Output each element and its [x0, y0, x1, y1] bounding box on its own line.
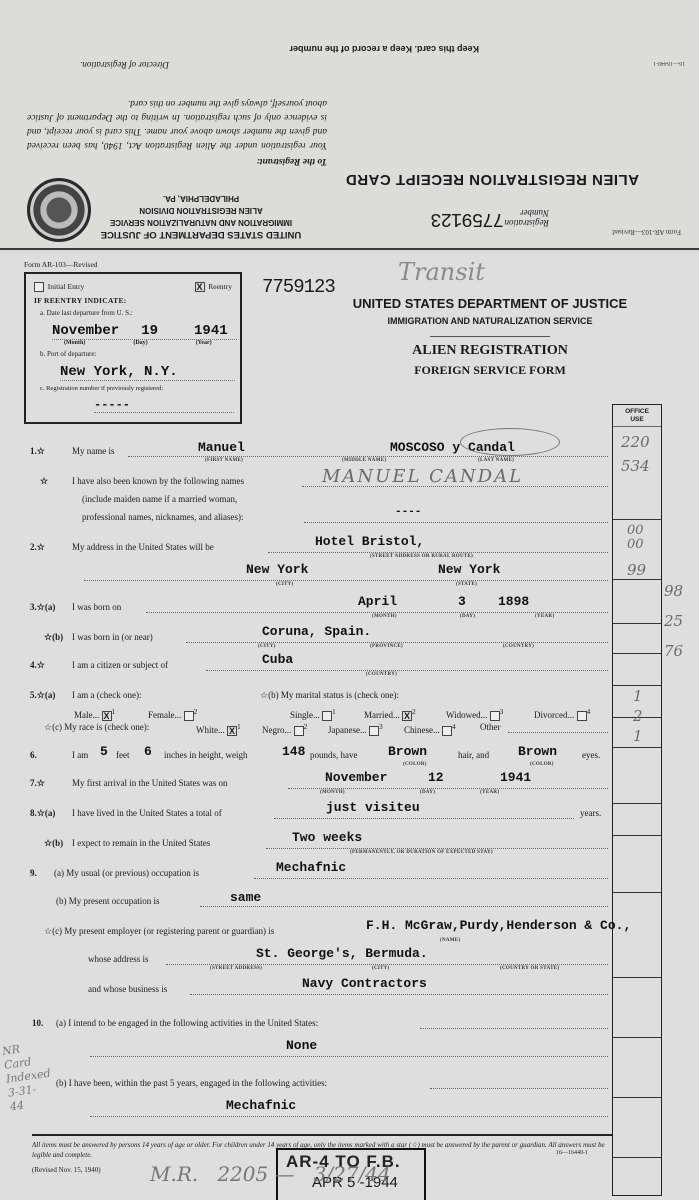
q9-number: 9. — [30, 868, 37, 878]
q10b-value-line — [90, 1116, 608, 1117]
q5a-number: 5.☆(a) — [30, 690, 55, 701]
q5a-label: I am a (check one): — [72, 690, 141, 700]
office-value: 00 — [627, 537, 644, 552]
office-divider — [613, 803, 661, 804]
header-divider — [430, 336, 550, 337]
color-caption: (COLOR) — [530, 762, 554, 767]
receipt-print-code: 16—16440-1 — [653, 60, 685, 66]
sup: 4 — [452, 722, 456, 731]
departure-year: 1941 — [194, 323, 228, 339]
japanese-checkbox[interactable] — [369, 726, 379, 736]
first-name-value[interactable]: Manuel — [198, 440, 245, 455]
race-option-white[interactable]: White... X1 — [196, 722, 241, 736]
negro-label: Negro — [262, 725, 285, 735]
prev-reg-field[interactable]: ----- — [94, 398, 234, 413]
bottom-handwritten-note: M.R. 2205 — 3/27/44 — [150, 1162, 391, 1186]
name-caption: (NAME) — [440, 938, 460, 943]
q8a-line — [274, 818, 574, 819]
year-caption: (Year) — [196, 340, 212, 346]
q3b-line — [186, 642, 608, 643]
sup: 4 — [587, 707, 591, 716]
q8a-label: I have lived in the United States a tota… — [72, 808, 222, 818]
employer-business-label: and whose business is — [88, 984, 167, 994]
stay-caption: (PERMANENTLY, OR DURATION OF EXPECTED ST… — [350, 850, 493, 855]
print-code: 16—16440-1 — [556, 1150, 588, 1156]
office-divider — [613, 653, 661, 654]
q4-line — [206, 670, 608, 671]
form-subtitle: FOREIGN SERVICE FORM — [340, 363, 640, 378]
sup: 1 — [237, 722, 241, 731]
q10-number: 10. — [32, 1018, 43, 1028]
q9b-line — [200, 906, 608, 907]
office-divider — [613, 519, 661, 520]
form-header: UNITED STATES DEPARTMENT OF JUSTICE IMMI… — [340, 296, 640, 378]
aka-line-2 — [304, 522, 608, 523]
employer-address-value[interactable]: St. George's, Bermuda. — [256, 946, 428, 961]
reentry-label: Reentry — [208, 282, 232, 291]
year-caption: (YEAR) — [535, 614, 554, 619]
margin-office-value: 25 — [664, 612, 683, 630]
first-name-caption: (FIRST NAME) — [205, 458, 243, 463]
height-feet-value[interactable]: 5 — [100, 744, 108, 759]
race-other-label: Other — [480, 722, 501, 732]
middle-name-caption: (MIDDLE NAME) — [342, 458, 386, 463]
employer-address-line — [166, 964, 608, 965]
office-divider — [613, 747, 661, 748]
q6-text: feet — [116, 750, 130, 760]
q10a-label: (a) I intend to be engaged in the follow… — [56, 1018, 318, 1028]
receipt-service: IMMIGRATION AND NATURALIZATION SERVICE — [86, 216, 316, 228]
revised-date: (Revised Nov. 15, 1940) — [32, 1166, 101, 1174]
office-divider — [613, 835, 661, 836]
margin-office-value: 98 — [664, 582, 683, 600]
widowed-label: Widowed — [446, 710, 481, 720]
reentry-option[interactable]: X Reentry — [195, 282, 233, 292]
q3b-label: I was born in (or near) — [72, 632, 153, 642]
month-caption: (Month) — [64, 340, 85, 346]
citizenship-value[interactable]: Cuba — [262, 652, 293, 667]
footer-divider — [32, 1134, 612, 1136]
japanese-label: Japanese — [328, 725, 360, 735]
weight-value[interactable]: 148 — [282, 744, 305, 759]
eye-color-value[interactable]: Brown — [518, 744, 557, 759]
race-other-line[interactable] — [508, 732, 608, 733]
form-id: Form AR-103—Revised — [24, 260, 98, 269]
port-label: b. Port of departure: — [40, 350, 232, 358]
sup: 1 — [332, 707, 336, 716]
q2-number: 2.☆ — [30, 542, 45, 553]
employer-business-value[interactable]: Navy Contractors — [302, 976, 427, 991]
q5c-label: ☆(c) My race is (check one): — [44, 722, 149, 733]
single-label: Single — [290, 710, 313, 720]
initial-entry-label: Initial Entry — [48, 282, 84, 291]
office-use-column: OFFICE USE 220 534 00 00 99 1 2 1 — [612, 404, 662, 1196]
alien-registration-form: Form AR-103—Revised Initial Entry X Reen… — [0, 252, 699, 1200]
receipt-card-rotated: Form AR-103—Revised Registration Number … — [0, 0, 699, 250]
prev-reg-label: c. Registration number if previously reg… — [40, 385, 232, 392]
q1-number: 1.☆ — [30, 446, 45, 457]
q9b-label: (b) My present occupation is — [56, 896, 159, 906]
sex-option-female[interactable]: Female... 2 — [148, 707, 197, 721]
office-use-label: OFFICE USE — [613, 405, 661, 427]
sup: 2 — [304, 722, 308, 731]
department-seal-icon — [27, 178, 91, 242]
office-value: 1 — [633, 687, 643, 705]
q3b-number: ☆(b) — [44, 632, 63, 643]
q9a-line — [254, 878, 608, 879]
day-caption: (Day) — [133, 340, 147, 346]
divorced-checkbox[interactable] — [577, 711, 587, 721]
aka-label-2: (include maiden name if a married woman, — [82, 494, 237, 504]
past-activities-value[interactable]: Mechafnic — [226, 1098, 296, 1113]
office-divider — [613, 579, 661, 580]
office-value: 220 — [621, 433, 650, 451]
office-value: 99 — [627, 561, 646, 579]
star-icon: ☆ — [40, 476, 48, 487]
sup: 3 — [379, 722, 383, 731]
office-divider — [613, 1037, 661, 1038]
last-name-caption: (LAST NAME) — [478, 458, 514, 463]
aka-label-1: I have also been known by the following … — [72, 476, 244, 486]
employer-value[interactable]: F.H. McGraw,Purdy,Henderson & Co., — [366, 918, 631, 933]
circled-surname-annotation — [460, 428, 560, 456]
receipt-body-text: Your registration under the Alien Regist… — [27, 98, 327, 150]
height-inches-value[interactable]: 6 — [144, 744, 152, 759]
entry-box: Initial Entry X Reentry IF REENTRY INDIC… — [24, 272, 242, 424]
office-value: 534 — [621, 457, 650, 475]
office-value: 1 — [633, 727, 643, 745]
port-field[interactable]: New York, N.Y. — [60, 364, 235, 381]
q3a-line — [146, 612, 608, 613]
q2-label: My address in the United States will be — [72, 542, 214, 552]
q6-number: 6. — [30, 750, 37, 760]
receipt-registration-label: Registration Number — [505, 208, 549, 228]
race-option-chinese[interactable]: Chinese... 4 — [404, 722, 456, 736]
widowed-checkbox[interactable] — [490, 711, 500, 721]
form-title: ALIEN REGISTRATION — [340, 343, 640, 359]
departure-month: November — [52, 323, 119, 339]
years-lived-value[interactable]: just visiteu — [326, 800, 420, 815]
receipt-body: To the Registrant: Your registration und… — [27, 96, 327, 168]
office-divider — [613, 1097, 661, 1098]
margin-office-value: 76 — [664, 642, 683, 660]
q6-text: pounds, have — [310, 750, 358, 760]
birthplace-value[interactable]: Coruna, Spain. — [262, 624, 371, 639]
marital-option-divorced[interactable]: Divorced... 4 — [534, 707, 590, 721]
divorced-label: Divorced — [534, 710, 568, 720]
q3a-number: 3.☆(a) — [30, 602, 55, 613]
receipt-salutation: To the Registrant: — [27, 154, 327, 168]
registration-number: 7759123 — [262, 276, 335, 298]
aka-label-3: professional names, nicknames, and alias… — [82, 512, 243, 522]
q7-number: 7.☆ — [30, 778, 45, 789]
q8a-number: 8.☆(a) — [30, 808, 55, 819]
q8b-line — [266, 848, 608, 849]
female-label: Female — [148, 710, 175, 720]
chinese-label: Chinese — [404, 725, 433, 735]
city-caption: (CITY) — [276, 582, 294, 587]
q6-text: inches in height, weigh — [164, 750, 247, 760]
month-caption: (MONTH) — [372, 614, 397, 619]
q6-text: I am — [72, 750, 88, 760]
q9a-label: (a) My usual (or previous) occupation is — [54, 868, 199, 878]
present-occupation-value[interactable]: same — [230, 890, 261, 905]
q10a-line — [420, 1028, 608, 1029]
q7-label: My first arrival in the United States wa… — [72, 778, 227, 788]
q8b-number: ☆(b) — [44, 838, 63, 849]
sup: 1 — [112, 707, 116, 716]
day-caption: (DAY) — [420, 790, 435, 795]
race-option-japanese[interactable]: Japanese... 3 — [328, 722, 383, 736]
q10b-line — [430, 1088, 608, 1089]
receipt-location: PHILADELPHIA, PA. — [86, 192, 316, 204]
country-caption: (COUNTRY) — [366, 672, 397, 677]
female-checkbox[interactable] — [184, 711, 194, 721]
employer-business-line — [190, 994, 608, 995]
marital-option-widowed[interactable]: Widowed... 3 — [446, 707, 503, 721]
male-label: Male — [74, 710, 93, 720]
q8b-label: I expect to remain in the United States — [72, 838, 210, 848]
intended-activities-value[interactable]: None — [286, 1038, 317, 1053]
reentry-checkbox-checked[interactable]: X — [195, 282, 205, 292]
chinese-checkbox[interactable] — [442, 726, 452, 736]
receipt-department: UNITED STATES DEPARTMENT OF JUSTICE — [86, 228, 316, 240]
q1-line — [128, 456, 608, 457]
expected-stay-value[interactable]: Two weeks — [292, 830, 362, 845]
reentry-heading: IF REENTRY INDICATE: — [34, 296, 232, 305]
city-caption: (CITY) — [258, 644, 276, 649]
office-divider — [613, 892, 661, 893]
q6-text: eyes. — [582, 750, 600, 760]
employer-address-label: whose address is — [88, 954, 149, 964]
office-divider — [613, 1157, 661, 1158]
departure-day: 19 — [141, 323, 158, 339]
q9c-label: ☆(c) My present employer (or registering… — [44, 926, 274, 937]
usual-occupation-value[interactable]: Mechafnic — [276, 860, 346, 875]
color-caption: (COLOR) — [403, 762, 427, 767]
office-divider — [613, 977, 661, 978]
state-value[interactable]: New York — [438, 562, 500, 577]
receipt-division: ALIEN REGISTRATION DIVISION — [86, 204, 316, 216]
sup: 3 — [500, 707, 504, 716]
birth-year-value[interactable]: 1898 — [498, 594, 529, 609]
street-value[interactable]: Hotel Bristol, — [315, 534, 424, 549]
q7-line — [288, 788, 608, 789]
departure-date-field[interactable]: November 19 1941 — [52, 323, 237, 340]
department-name: UNITED STATES DEPARTMENT OF JUSTICE — [340, 296, 640, 311]
single-checkbox[interactable] — [322, 711, 332, 721]
q4-number: 4.☆ — [30, 660, 45, 671]
negro-checkbox[interactable] — [294, 726, 304, 736]
province-caption: (PROVINCE) — [370, 644, 403, 649]
receipt-signature: Director of Registration. — [80, 60, 169, 70]
sex-option-male[interactable]: Male... X1 — [74, 707, 115, 721]
arrival-month-value[interactable]: November — [325, 770, 387, 785]
office-value: 2 — [633, 707, 643, 725]
handwritten-transit: Transit — [398, 258, 485, 286]
married-label: Married — [364, 710, 393, 720]
year-caption: (YEAR) — [480, 790, 499, 795]
male-checkbox-checked[interactable]: X — [102, 711, 112, 721]
q10a-value-line — [90, 1056, 608, 1057]
arrival-year-value[interactable]: 1941 — [500, 770, 531, 785]
q6-text: hair, and — [458, 750, 489, 760]
office-value: 00 — [627, 523, 644, 538]
receipt-department-block: UNITED STATES DEPARTMENT OF JUSTICE IMMI… — [86, 192, 316, 240]
state-caption: (STATE) — [456, 582, 477, 587]
street-caption: (STREET ADDRESS OR RURAL ROUTE) — [370, 554, 473, 559]
street-caption: (STREET ADDRESS) — [210, 966, 262, 971]
handwritten-margin-note: NR Card Indexed 3-31-44 — [1, 1040, 50, 1115]
receipt-form-id: Form AR-103—Revised — [612, 228, 681, 236]
hair-color-value[interactable]: Brown — [388, 744, 427, 759]
receipt-title: ALIEN REGISTRATION RECEIPT CARD — [345, 171, 639, 188]
aka-handwritten-value: MANUEL CANDAL — [322, 466, 523, 487]
office-divider — [613, 685, 661, 686]
country-caption: (COUNTRY OR STATE) — [500, 966, 559, 971]
white-label: White — [196, 725, 218, 735]
city-value[interactable]: New York — [246, 562, 308, 577]
country-caption: (COUNTRY) — [503, 644, 534, 649]
sup: 2 — [194, 707, 198, 716]
initial-entry-checkbox[interactable] — [34, 282, 44, 292]
q2-line — [268, 552, 608, 553]
receipt-card: Form AR-103—Revised Registration Number … — [0, 0, 699, 250]
departure-date-label: a. Date last departure from U. S.: — [40, 309, 232, 317]
birth-day-value[interactable]: 3 — [458, 594, 466, 609]
marital-option-married[interactable]: Married... X2 — [364, 707, 416, 721]
city-caption: (CITY) — [372, 966, 390, 971]
q4-label: I am a citizen or subject of — [72, 660, 168, 670]
receipt-keep-notice: Keep this card. Keep a record of the num… — [289, 44, 479, 54]
q1-label: My name is — [72, 446, 115, 456]
years-suffix: years. — [580, 808, 601, 818]
q10b-label: (b) I have been, within the past 5 years… — [56, 1078, 327, 1088]
month-caption: (MONTH) — [320, 790, 345, 795]
initial-entry-option[interactable]: Initial Entry — [34, 282, 84, 292]
q2-city-line — [84, 580, 608, 581]
q3a-label: I was born on — [72, 602, 121, 612]
aka-typed-value[interactable]: ---- — [395, 506, 421, 518]
race-option-negro[interactable]: Negro... 2 — [262, 722, 307, 736]
arrival-day-value[interactable]: 12 — [428, 770, 444, 785]
service-name: IMMIGRATION AND NATURALIZATION SERVICE — [340, 316, 640, 326]
receipt-registration-number: 7759123 — [431, 208, 504, 230]
day-caption: (DAY) — [460, 614, 475, 619]
sup: 2 — [412, 707, 416, 716]
office-divider — [613, 623, 661, 624]
q5b-label: ☆(b) My marital status is (check one): — [260, 690, 399, 701]
white-checkbox-checked[interactable]: X — [227, 726, 237, 736]
married-checkbox-checked[interactable]: X — [402, 711, 412, 721]
marital-option-single[interactable]: Single... 1 — [290, 707, 336, 721]
birth-month-value[interactable]: April — [358, 594, 397, 609]
